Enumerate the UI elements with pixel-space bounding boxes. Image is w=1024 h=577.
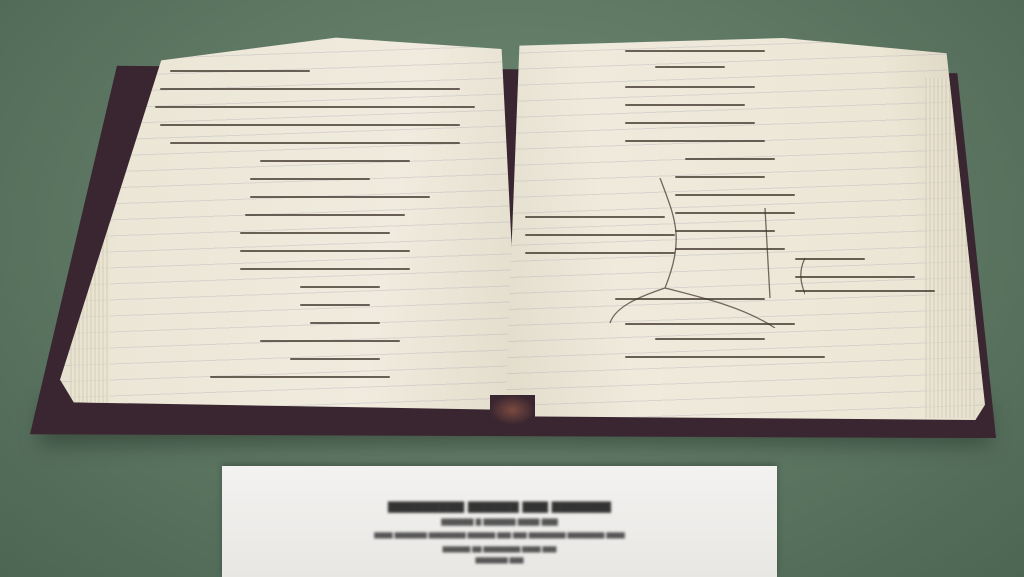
placard-line-2: ▇▇▇▇ ▇▇▇▇▇▇▇ ▇▇▇▇▇▇▇▇ ▇▇▇▇▇▇ ▇▇▇ ▇▇▇ ▇▇▇… [222, 532, 777, 539]
museum-display: ▇▇▇▇▇▇▇▇▇ ▇▇▇▇▇▇ ▇▇▇ ▇▇▇▇▇▇▇ ▇▇▇▇▇▇ ▇ ▇▇… [0, 0, 1024, 577]
right-page [505, 38, 985, 420]
placard-line-4: ▇▇▇▇▇▇▇ ▇▇▇ [222, 557, 777, 564]
book-spine [490, 395, 535, 425]
sketch-drawing [605, 178, 805, 328]
exhibit-placard: ▇▇▇▇▇▇▇▇▇ ▇▇▇▇▇▇ ▇▇▇ ▇▇▇▇▇▇▇ ▇▇▇▇▇▇ ▇ ▇▇… [222, 466, 777, 577]
placard-title: ▇▇▇▇▇▇▇▇▇ ▇▇▇▇▇▇ ▇▇▇ ▇▇▇▇▇▇▇ [222, 500, 777, 513]
placard-line-3: ▇▇▇▇▇▇ ▇▇ ▇▇▇▇▇▇▇▇ ▇▇▇▇ ▇▇▇ [222, 546, 777, 553]
placard-line-1: ▇▇▇▇▇▇ ▇ ▇▇▇▇▇▇ ▇▇▇▇ ▇▇▇ [222, 518, 777, 526]
